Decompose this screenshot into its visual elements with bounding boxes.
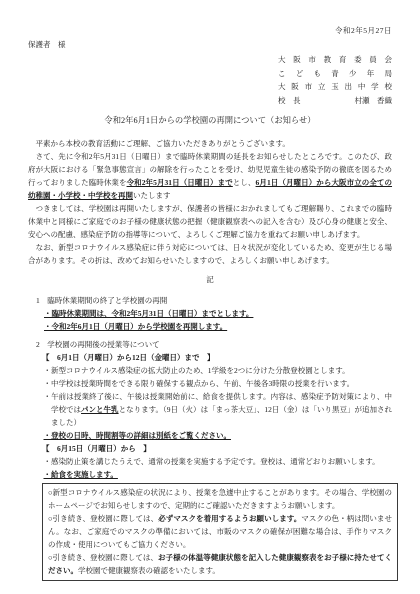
ki-marker: 記: [28, 273, 392, 286]
principal-name: 村瀬 香織: [355, 94, 393, 108]
document-page: 令和2年5月27日 保護者 様 大阪市教育委員会 こども青少年局 大阪市立玉出中…: [0, 0, 420, 594]
section1-heading: 1 臨時休業期間の終了と学校園の再開: [28, 294, 392, 307]
period1-label: 【 6月1日（月曜日）から12日（金曜日）まで 】: [28, 351, 392, 364]
reopen-text-mid: とし、: [233, 178, 256, 187]
document-date: 令和2年5月27日: [28, 24, 392, 37]
period2-item-lunch-resume: ・給食を実施します。: [28, 468, 392, 481]
section1-item-closure-end: ・臨時休業期間は、令和2年5月31日（日曜日）までとします。: [28, 307, 392, 320]
spacer: [28, 333, 392, 336]
sender-org-bureau: こども青少年局: [278, 67, 392, 81]
sender-principal-line: 校 長 村瀬 香織: [278, 94, 392, 108]
reopen-text-tail: いたします: [133, 191, 171, 200]
recipient-line: 保護者 様: [28, 38, 392, 51]
section1-item-reopen-date: ・令和2年6月1日（月曜日）から学校園を再開します。: [28, 320, 392, 333]
lunch-menu-highlight: パンと牛乳: [81, 405, 119, 414]
section2-heading: 2 学校園の再開後の授業等について: [28, 338, 392, 351]
sender-block: 大阪市教育委員会 こども青少年局 大阪市立玉出中学校 校 長 村瀬 香織: [28, 53, 392, 107]
reopen-closure-deadline: 令和2年5月31日（日曜日）まで: [127, 178, 233, 187]
paragraph-request: つきましては、学校園は再開いたしますが、保護者の皆様におかれましてもご理解賜り、…: [28, 202, 392, 241]
notice-item-health-sheet: ○引き続き、登校園に際しては、お子様の体温等健康状態を記入した健康観察表をお子様…: [48, 551, 392, 577]
period1-item-see-attachment: ・登校の日時、時間割等の詳細は別紙をご覧ください。: [28, 429, 392, 442]
paragraph-greeting: 平素から本校の教育活動にご理解、ご協力いただきありがとうございます。: [28, 137, 392, 150]
health-text-lead: ○引き続き、登校園に際しては、: [48, 553, 158, 562]
mask-requirement-highlight: 必ずマスクを着用するようお願いします。: [158, 514, 301, 523]
period1-item-split-classes: ・新型コロナウイルス感染症の拡大防止のため、1学級を2つに分けた分散登校園としま…: [28, 364, 392, 377]
document-title: 令和2年6月1日からの学校園の再開について（お知らせ）: [28, 114, 392, 127]
period1-item-class-hours: ・中学校は授業時間をできる限り確保する観点から、午前、午後各3時限の授業を行いま…: [28, 377, 392, 390]
notice-item-sudden-cancellation: ○新型コロナウイルス感染症の状況により、授業を急遽中止することがあります。その場…: [48, 486, 392, 512]
period2-label: 【 6月15日（月曜日）から 】: [28, 442, 392, 455]
period1-item-school-lunch: ・午前は授業終了後に、午後は授業開始前に、給食を提供します。内容は、感染症予防対…: [28, 390, 392, 429]
paragraph-reopen-announcement: さて、先に令和2年5月31日（日曜日）まで臨時休業期間の延長をお知らせしたところ…: [28, 150, 392, 202]
period2-item-normal-classes: ・感染防止策を講じたうえで、通常の授業を実施する予定です。登校は、通常どおりお願…: [28, 455, 392, 468]
notice-box: ○新型コロナウイルス感染症の状況により、授業を急遽中止することがあります。その場…: [42, 483, 398, 581]
sender-school-name: 大阪市立玉出中学校: [278, 80, 392, 94]
notice-item-mask: ○引き続き、登校園に際しては、必ずマスクを着用するようお願いします。マスクの色・…: [48, 512, 392, 551]
paragraph-note: なお、新型コロナウイルス感染症に伴う対応については、日々状況が変化しているため、…: [28, 241, 392, 267]
sender-org-board: 大阪市教育委員会: [278, 53, 392, 67]
principal-role: 校 長: [278, 94, 301, 108]
health-text-tail: 学校園で健康観察表の確認をいたします。: [78, 566, 220, 575]
mask-text-lead: ○引き続き、登校園に際しては、: [48, 514, 158, 523]
